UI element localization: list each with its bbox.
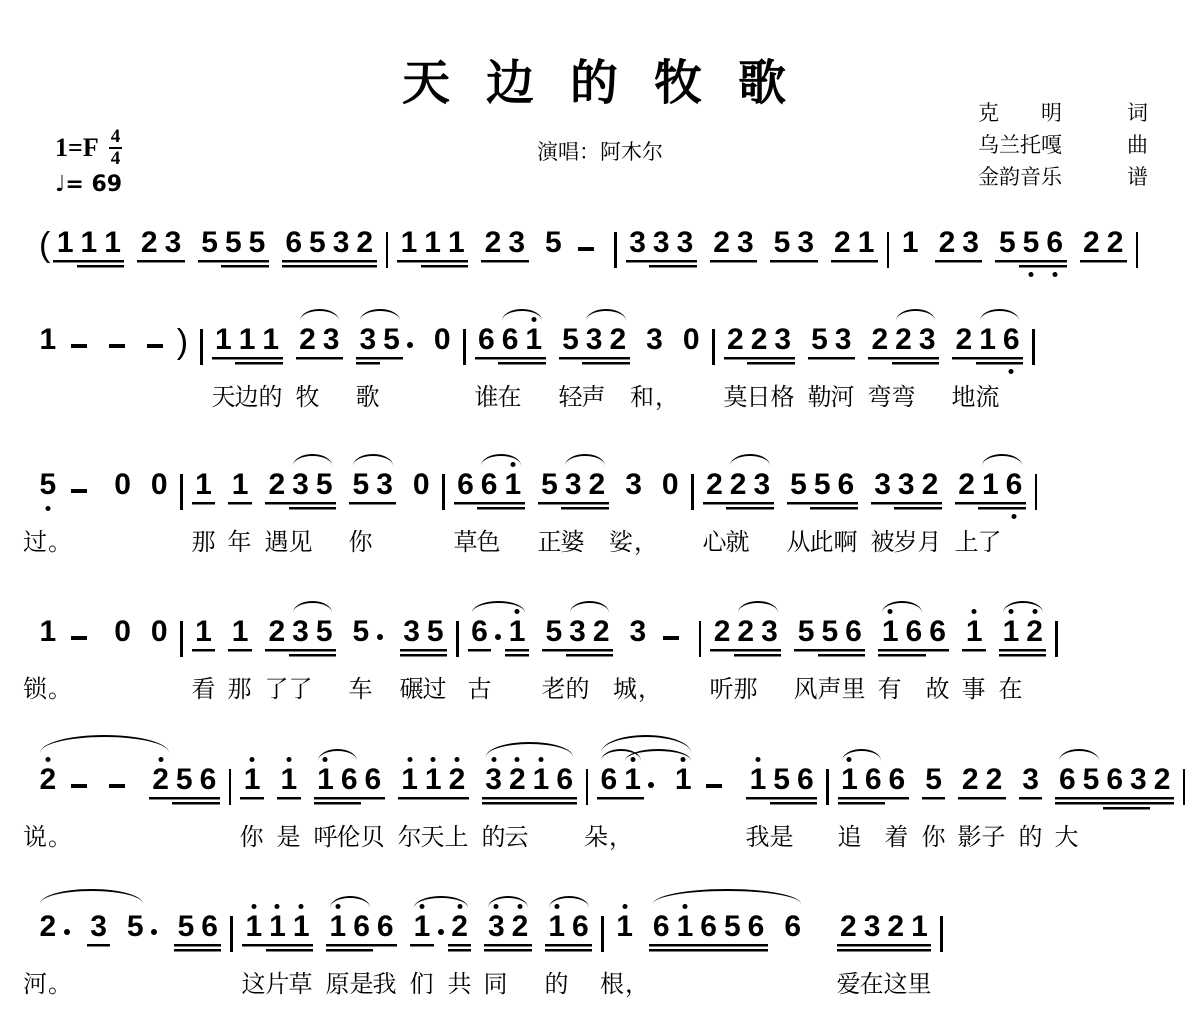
note: 1 [838, 765, 862, 811]
note: 2 [837, 912, 861, 958]
note: 5 [922, 765, 946, 811]
lyric-char: 从 [787, 522, 812, 557]
note: 5 [306, 228, 330, 274]
lyric-char: 弯 [868, 377, 893, 412]
lyric-char: 共 [448, 964, 473, 999]
note: 2 [710, 228, 734, 274]
note: 2 [868, 325, 892, 371]
note: 2 [724, 325, 748, 371]
note: 6 [793, 765, 817, 811]
lyric-char: 那 [228, 669, 253, 704]
note: 2 [747, 325, 771, 371]
barline [887, 232, 890, 268]
note: 3 [329, 228, 353, 274]
note: 2 [892, 325, 916, 371]
lyric-char: 的 [1019, 817, 1044, 852]
lyric-char: 草 [289, 964, 314, 999]
lyric-char: 是 [277, 817, 302, 852]
dash-mark [147, 344, 163, 348]
note: 1 [671, 765, 695, 811]
lyric-char: 贝 [361, 817, 386, 852]
note: 6 [454, 470, 478, 516]
note: 1 [976, 325, 1000, 371]
note: 2 [1080, 228, 1104, 274]
lyric-char: 同 [484, 964, 509, 999]
note: 5 [123, 912, 147, 958]
note: 1 [908, 912, 932, 958]
note: 2 [508, 912, 532, 958]
note: 6 [196, 765, 220, 811]
lyric-char: 根， [600, 964, 650, 999]
lyric-char: 那 [734, 669, 759, 704]
note: 3 [161, 228, 185, 274]
note: 2 [149, 765, 173, 811]
lyric-char: 呼 [314, 817, 339, 852]
lyric-char: 遇 [265, 522, 290, 557]
note: 5 [770, 228, 794, 274]
lyric-char: 过 [423, 669, 448, 704]
lyric-char: 我 [746, 817, 771, 852]
note: 1 [228, 470, 252, 516]
note: 2 [831, 228, 855, 274]
note: 5 [172, 765, 196, 811]
note: 3 [87, 912, 111, 958]
note: 5 [423, 617, 447, 663]
barline [456, 621, 459, 657]
dash-mark [578, 247, 594, 251]
lyric-char: 上 [955, 522, 980, 557]
lyric-char: 碾 [400, 669, 425, 704]
lyric-char: 年 [228, 522, 253, 557]
lyric-char: 里 [908, 964, 933, 999]
barline [200, 329, 203, 365]
note: 0 [409, 470, 433, 516]
dash-mark [109, 344, 125, 348]
note: 3 [582, 325, 606, 371]
lyric-char: 心 [703, 522, 728, 557]
note: 3 [505, 228, 529, 274]
lyric-char: 莫 [724, 377, 749, 412]
lyric-char: 声 [818, 669, 843, 704]
lyric-char: 里 [842, 669, 867, 704]
lyric-char: 勒 [808, 377, 833, 412]
system-6: 2355611116612321616165662321河。这片草原是我们共同的… [36, 886, 1186, 1002]
note: 1 [101, 228, 125, 274]
note: 0 [658, 470, 682, 516]
lyric-char: 被 [871, 522, 896, 557]
note: 6 [999, 325, 1023, 371]
lyric-char: 片 [266, 964, 291, 999]
note: 1 [522, 325, 546, 371]
lyric-char: 是 [350, 964, 375, 999]
note: 2 [265, 470, 289, 516]
score: (111235556532111235333235321123556221)11… [0, 0, 1200, 1018]
barline [442, 474, 445, 510]
note: 1 [421, 765, 445, 811]
note: 3 [561, 470, 585, 516]
lyric-char: 我 [373, 964, 398, 999]
note: 5 [810, 470, 834, 516]
lyric-char: 听 [710, 669, 735, 704]
note: 2 [589, 617, 613, 663]
lyric-char: 牧 [296, 377, 321, 412]
note: 3 [566, 617, 590, 663]
note: 5 [174, 912, 198, 958]
lyric-char: 边 [235, 377, 260, 412]
note: 2 [448, 912, 472, 958]
lyric-char: 尔 [398, 817, 423, 852]
note: 5 [36, 470, 60, 516]
note-row: 5001123553066153230223556332216 [36, 444, 1186, 516]
lyric-char: 你 [349, 522, 374, 557]
note: 3 [959, 228, 983, 274]
dash-mark [109, 784, 125, 788]
slur-arc [601, 735, 692, 753]
dash-mark [663, 636, 679, 640]
note: 5 [538, 470, 562, 516]
note: 3 [400, 617, 424, 663]
note: 1 [854, 228, 878, 274]
note: 1 [36, 617, 60, 663]
note: 6 [475, 325, 499, 371]
paren: ( [36, 228, 53, 262]
lyric-char: 了 [289, 669, 314, 704]
lyric-char: 是 [770, 817, 795, 852]
lyric-char: 看 [192, 669, 217, 704]
note: 6 [1043, 228, 1067, 274]
note: 3 [319, 325, 343, 371]
note: 5 [787, 470, 811, 516]
note: 5 [542, 617, 566, 663]
note: 1 [397, 228, 421, 274]
note: 2 [1023, 617, 1047, 663]
dot-mark [495, 634, 501, 640]
barline [1035, 474, 1038, 510]
note: 2 [952, 325, 976, 371]
note: 1 [421, 228, 445, 274]
note: 2 [710, 617, 734, 663]
note: 6 [902, 617, 926, 663]
lyric-char: 地 [952, 377, 977, 412]
barline [940, 916, 943, 952]
barline [691, 474, 694, 510]
lyric-char: 和， [630, 377, 680, 412]
dot-mark [151, 929, 157, 935]
note: 1 [266, 912, 290, 958]
lyric-char: 车 [349, 669, 374, 704]
lyric-char: 流 [976, 377, 1001, 412]
note: 0 [111, 470, 135, 516]
note: 1 [192, 470, 216, 516]
dash-mark [71, 344, 87, 348]
system-3: 5001123553066153230223556332216过。那年遇见你草色… [36, 444, 1186, 560]
lyric-char: 追 [838, 817, 863, 852]
note: 5 [794, 617, 818, 663]
song-sheet: 天 边 的 牧 歌 演唱：阿木尔 克 明 词 乌兰托嘎 曲 金韵音乐 谱 1=F… [0, 0, 1200, 1018]
note: 5 [1019, 228, 1043, 274]
note: 5 [559, 325, 583, 371]
lyric-char: 伦 [337, 817, 362, 852]
note: 0 [147, 617, 171, 663]
note: 3 [1127, 765, 1151, 811]
lyric-char: 风 [794, 669, 819, 704]
lyric-char: 故 [926, 669, 951, 704]
note: 3 [871, 470, 895, 516]
lyric-char: 了 [978, 522, 1003, 557]
note: 1 [505, 617, 529, 663]
note: 1 [212, 325, 236, 371]
note: 6 [697, 912, 721, 958]
lyric-char: 老 [542, 669, 567, 704]
lyric-char: 在 [860, 964, 885, 999]
note: 1 [53, 228, 77, 274]
note: 3 [626, 617, 650, 663]
note: 2 [296, 325, 320, 371]
note: 1 [673, 912, 697, 958]
note: 2 [481, 228, 505, 274]
note: 1 [978, 470, 1002, 516]
lyric-char: 原 [326, 964, 351, 999]
note: 5 [221, 228, 245, 274]
note: 1 [999, 617, 1023, 663]
lyric-char: 格 [771, 377, 796, 412]
lyric-char: 有 [878, 669, 903, 704]
lyric-char: 此 [810, 522, 835, 557]
system-5: 2256111661123216611156166522365632说。你是呼伦… [36, 739, 1186, 855]
note: 6 [781, 912, 805, 958]
note: 1 [228, 617, 252, 663]
note: 0 [147, 470, 171, 516]
lyric-char: 在 [999, 669, 1024, 704]
note: 3 [794, 228, 818, 274]
note: 3 [915, 325, 939, 371]
slur-arc [40, 735, 170, 753]
note: 3 [356, 325, 380, 371]
barline [180, 474, 183, 510]
note: 1 [545, 912, 569, 958]
lyric-char: 天 [212, 377, 237, 412]
note: 5 [995, 228, 1019, 274]
lyric-char: 轻 [559, 377, 584, 412]
note: 3 [894, 470, 918, 516]
lyric-char: 河 [831, 377, 856, 412]
note: 0 [430, 325, 454, 371]
lyric-char: 过。 [23, 522, 73, 557]
note: 1 [962, 617, 986, 663]
lyric-char: 的 [545, 964, 570, 999]
note: 6 [1002, 470, 1026, 516]
note: 1 [613, 912, 637, 958]
note: 3 [771, 325, 795, 371]
note: 5 [1079, 765, 1103, 811]
note: 5 [770, 765, 794, 811]
barline [1183, 769, 1186, 805]
dash-mark [71, 636, 87, 640]
lyric-char: 子 [982, 817, 1007, 852]
note: 6 [498, 325, 522, 371]
lyric-char: 月 [918, 522, 943, 557]
dot-mark [438, 929, 444, 935]
note: 2 [137, 228, 161, 274]
lyric-char: 歌 [356, 377, 381, 412]
note: 3 [643, 325, 667, 371]
note: 2 [884, 912, 908, 958]
dash-mark [71, 489, 87, 493]
lyric-char: 这 [884, 964, 909, 999]
system-4: 10011235535615323223556166112锁。看那了了车碾过古老… [36, 591, 1186, 707]
note: 3 [860, 912, 884, 958]
lyric-char: 天 [421, 817, 446, 852]
barline [699, 621, 702, 657]
note: 6 [468, 617, 492, 663]
dash-mark [71, 784, 87, 788]
note: 3 [482, 765, 506, 811]
note-row: (11123555653211123533323532112355622 [36, 202, 1186, 274]
note: 6 [569, 912, 593, 958]
note: 6 [198, 912, 222, 958]
lyric-char: 弯 [892, 377, 917, 412]
note: 6 [1103, 765, 1127, 811]
note-row: 2355611116612321616165662321 [36, 886, 1186, 958]
note: 1 [314, 765, 338, 811]
lyric-char: 啊 [834, 522, 859, 557]
lyric-char: 城， [613, 669, 663, 704]
lyric-char: 古 [468, 669, 493, 704]
lyric-char: 着 [885, 817, 910, 852]
lyric-char: 大 [1055, 817, 1080, 852]
lyric-char: 就 [726, 522, 751, 557]
note: 2 [1103, 228, 1127, 274]
lyric-char: 那 [192, 522, 217, 557]
barline [230, 916, 233, 952]
lyric-char: 婆 [561, 522, 586, 557]
note: 2 [445, 765, 469, 811]
note: 2 [726, 470, 750, 516]
note: 6 [926, 617, 950, 663]
barline [463, 329, 466, 365]
note: 3 [733, 228, 757, 274]
note: 6 [337, 765, 361, 811]
dash-mark [706, 784, 722, 788]
lyric-char: 日 [747, 377, 772, 412]
lyric-char: 事 [962, 669, 987, 704]
note: 1 [36, 325, 60, 371]
note: 3 [673, 228, 697, 274]
barline [1136, 232, 1139, 268]
note: 2 [955, 470, 979, 516]
lyric-char: 你 [922, 817, 947, 852]
lyric-char: 见 [289, 522, 314, 557]
lyric-char: 在 [498, 377, 523, 412]
note: 2 [958, 765, 982, 811]
system-2: 1)111233506615323022353223216天边的牧歌谁在轻声和，… [36, 299, 1186, 415]
note: 3 [289, 617, 313, 663]
note: 6 [861, 765, 885, 811]
note: 1 [289, 912, 313, 958]
note: 1 [235, 325, 259, 371]
note: 3 [758, 617, 782, 663]
note: 1 [410, 912, 434, 958]
note: 1 [192, 617, 216, 663]
note: 6 [834, 470, 858, 516]
lyric-char: 上 [445, 817, 470, 852]
lyric-char: 的 [566, 669, 591, 704]
note: 3 [750, 470, 774, 516]
lyric-char: 影 [958, 817, 983, 852]
dot-mark [377, 634, 383, 640]
note: 6 [842, 617, 866, 663]
barline [826, 769, 829, 805]
note: 0 [679, 325, 703, 371]
note: 1 [242, 912, 266, 958]
dot-mark [64, 929, 70, 935]
note: 1 [898, 228, 922, 274]
note: 2 [918, 470, 942, 516]
note: 2 [982, 765, 1006, 811]
note: 6 [885, 765, 909, 811]
barline [229, 769, 232, 805]
note: 6 [1055, 765, 1079, 811]
lyric-char: 锁。 [23, 669, 73, 704]
note: 2 [36, 912, 60, 958]
note: 2 [585, 470, 609, 516]
dot-mark [648, 782, 654, 788]
barline [614, 232, 617, 268]
lyric-char: 娑， [609, 522, 659, 557]
lyric-char: 的 [482, 817, 507, 852]
note: 3 [1019, 765, 1043, 811]
paren: ) [174, 325, 191, 359]
note: 5 [808, 325, 832, 371]
lyric-char: 了 [265, 669, 290, 704]
note: 5 [380, 325, 404, 371]
note: 5 [312, 470, 336, 516]
note: 5 [818, 617, 842, 663]
lyric-char: 你 [240, 817, 265, 852]
note: 5 [245, 228, 269, 274]
lyric-char: 河。 [23, 964, 73, 999]
note: 6 [597, 765, 621, 811]
note: 6 [373, 912, 397, 958]
lyric-char: 色 [477, 522, 502, 557]
note: 2 [703, 470, 727, 516]
lyric-char: 声 [582, 377, 607, 412]
barline [1055, 621, 1058, 657]
note: 5 [312, 617, 336, 663]
barline [180, 621, 183, 657]
note: 2 [1150, 765, 1174, 811]
note: 5 [198, 228, 222, 274]
lyric-char: 这 [242, 964, 267, 999]
note: 1 [501, 470, 525, 516]
note: 1 [529, 765, 553, 811]
note: 1 [746, 765, 770, 811]
note: 3 [831, 325, 855, 371]
lyric-char: 的 [259, 377, 284, 412]
note: 1 [277, 765, 301, 811]
note: 1 [878, 617, 902, 663]
note: 1 [621, 765, 645, 811]
note: 0 [111, 617, 135, 663]
note: 3 [626, 228, 650, 274]
note: 3 [622, 470, 646, 516]
barline [601, 916, 604, 952]
note: 6 [350, 912, 374, 958]
barline [386, 232, 389, 268]
note: 2 [36, 765, 60, 811]
lyric-char: 爱 [837, 964, 862, 999]
note: 3 [649, 228, 673, 274]
